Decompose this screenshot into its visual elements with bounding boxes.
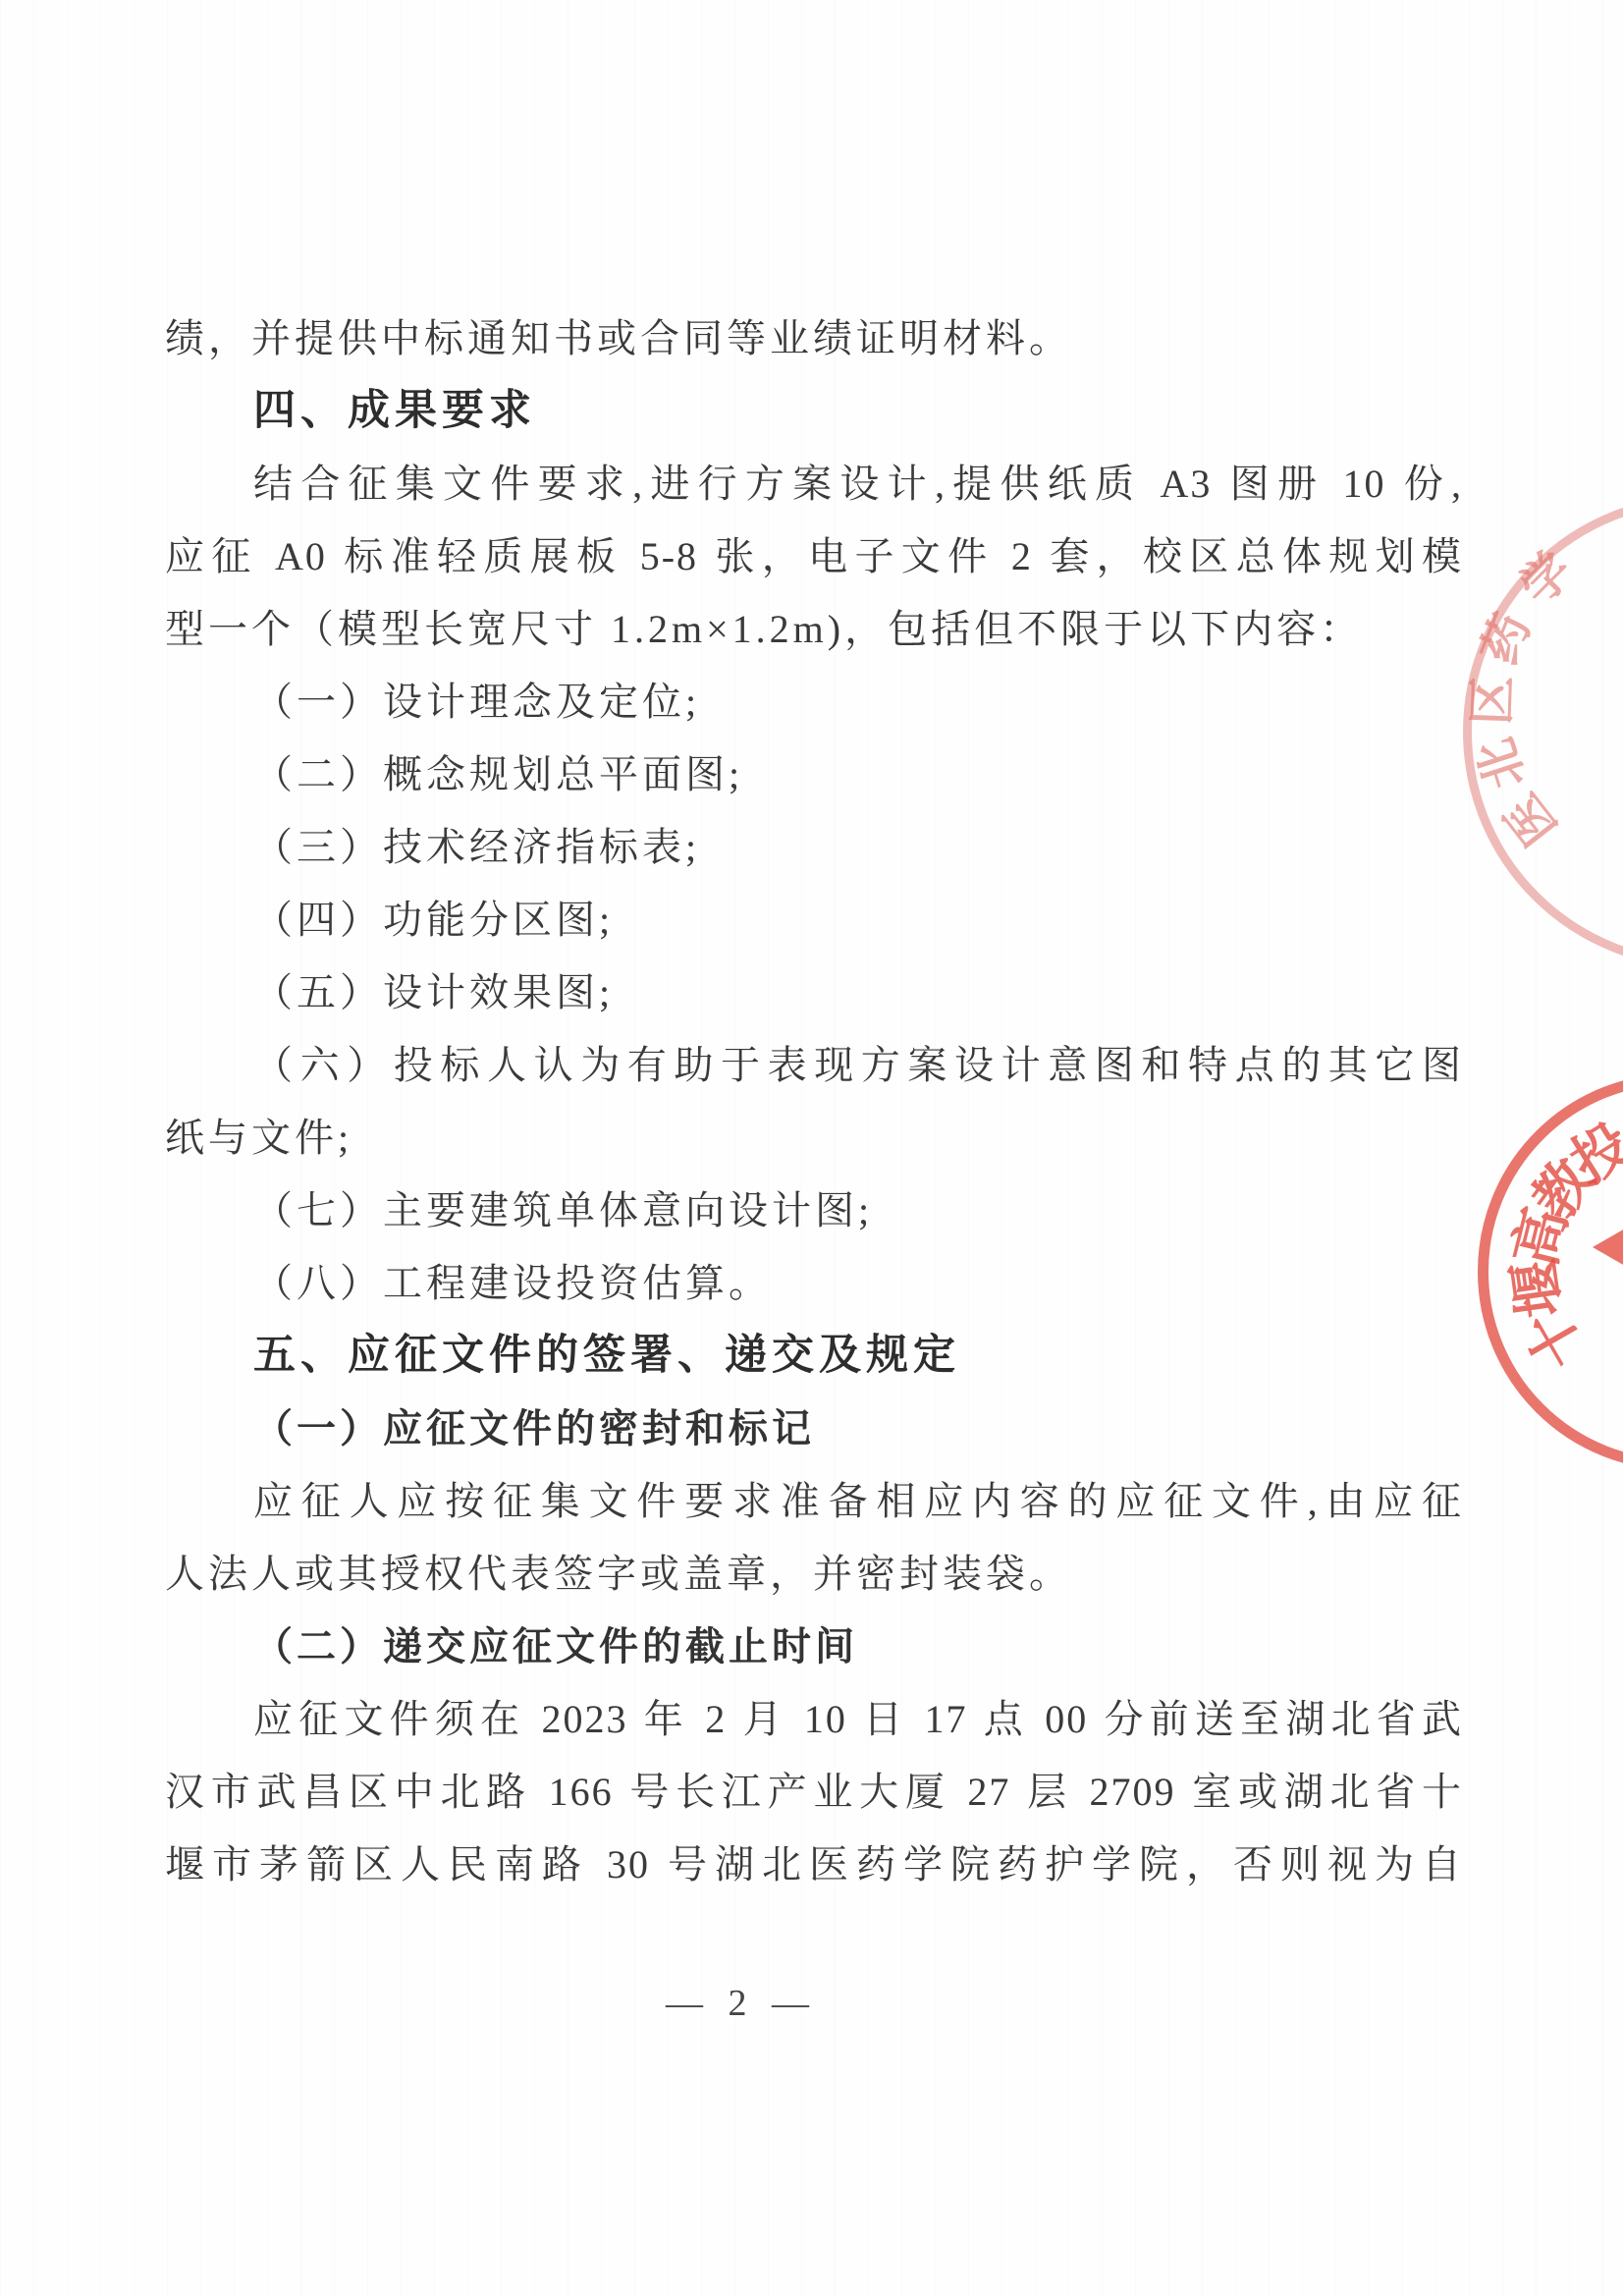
paragraph-line: 应征人应按征集文件要求准备相应内容的应征文件,由应征 [165, 1465, 1463, 1538]
paragraph-line: 堰市茅箭区人民南路 30 号湖北医药学院药护学院，否则视为自 [165, 1829, 1463, 1901]
list-item-6-continuation: 纸与文件; [165, 1102, 1463, 1175]
list-item-8: （八）工程建设投资估算。 [165, 1247, 1463, 1320]
heading-section-5: 五、应征文件的签署、递交及规定 [165, 1320, 1463, 1393]
list-item-6: （六）投标人认为有助于表现方案设计意图和特点的其它图 [165, 1029, 1463, 1102]
subheading-5-1: （一）应征文件的密封和标记 [165, 1393, 1463, 1465]
page-number: — 2 — [167, 1982, 1316, 2025]
seal-character: 区 [1452, 675, 1525, 726]
seal-star-icon [1593, 1218, 1623, 1277]
list-item-3: （三）技术经济指标表; [165, 811, 1463, 884]
list-item-5: （五）设计效果图; [165, 957, 1463, 1029]
text-line-continuation: 绩，并提供中标通知书或合同等业绩证明材料。 [165, 302, 1463, 375]
heading-section-4: 四、成果要求 [165, 375, 1463, 448]
subheading-5-2: （二）递交应征文件的截止时间 [165, 1611, 1463, 1683]
list-item-4: （四）功能分区图; [165, 884, 1463, 957]
paragraph-line: 人法人或其授权代表签字或盖章，并密封装袋。 [165, 1538, 1463, 1611]
paragraph-line: 结合征集文件要求,进行方案设计,提供纸质 A3 图册 10 份, [165, 448, 1463, 520]
paragraph-line: 汉市武昌区中北路 166 号长江产业大厦 27 层 2709 室或湖北省十 [165, 1756, 1463, 1829]
list-item-1: （一）设计理念及定位; [165, 666, 1463, 738]
list-item-7: （七）主要建筑单体意向设计图; [165, 1175, 1463, 1247]
list-item-2: （二）概念规划总平面图; [165, 738, 1463, 811]
paragraph-line: 型一个（模型长宽尺寸 1.2m×1.2m)，包括但不限于以下内容： [165, 593, 1463, 666]
document-page: 绩，并提供中标通知书或合同等业绩证明材料。 四、成果要求 结合征集文件要求,进行… [0, 0, 1623, 2296]
paragraph-line: 应征 A0 标准轻质展板 5-8 张，电子文件 2 套，校区总体规划模 [165, 520, 1463, 593]
paragraph-line: 应征文件须在 2023 年 2 月 10 日 17 点 00 分前送至湖北省武 [165, 1683, 1463, 1756]
text-column: 绩，并提供中标通知书或合同等业绩证明材料。 四、成果要求 结合征集文件要求,进行… [165, 302, 1463, 1901]
